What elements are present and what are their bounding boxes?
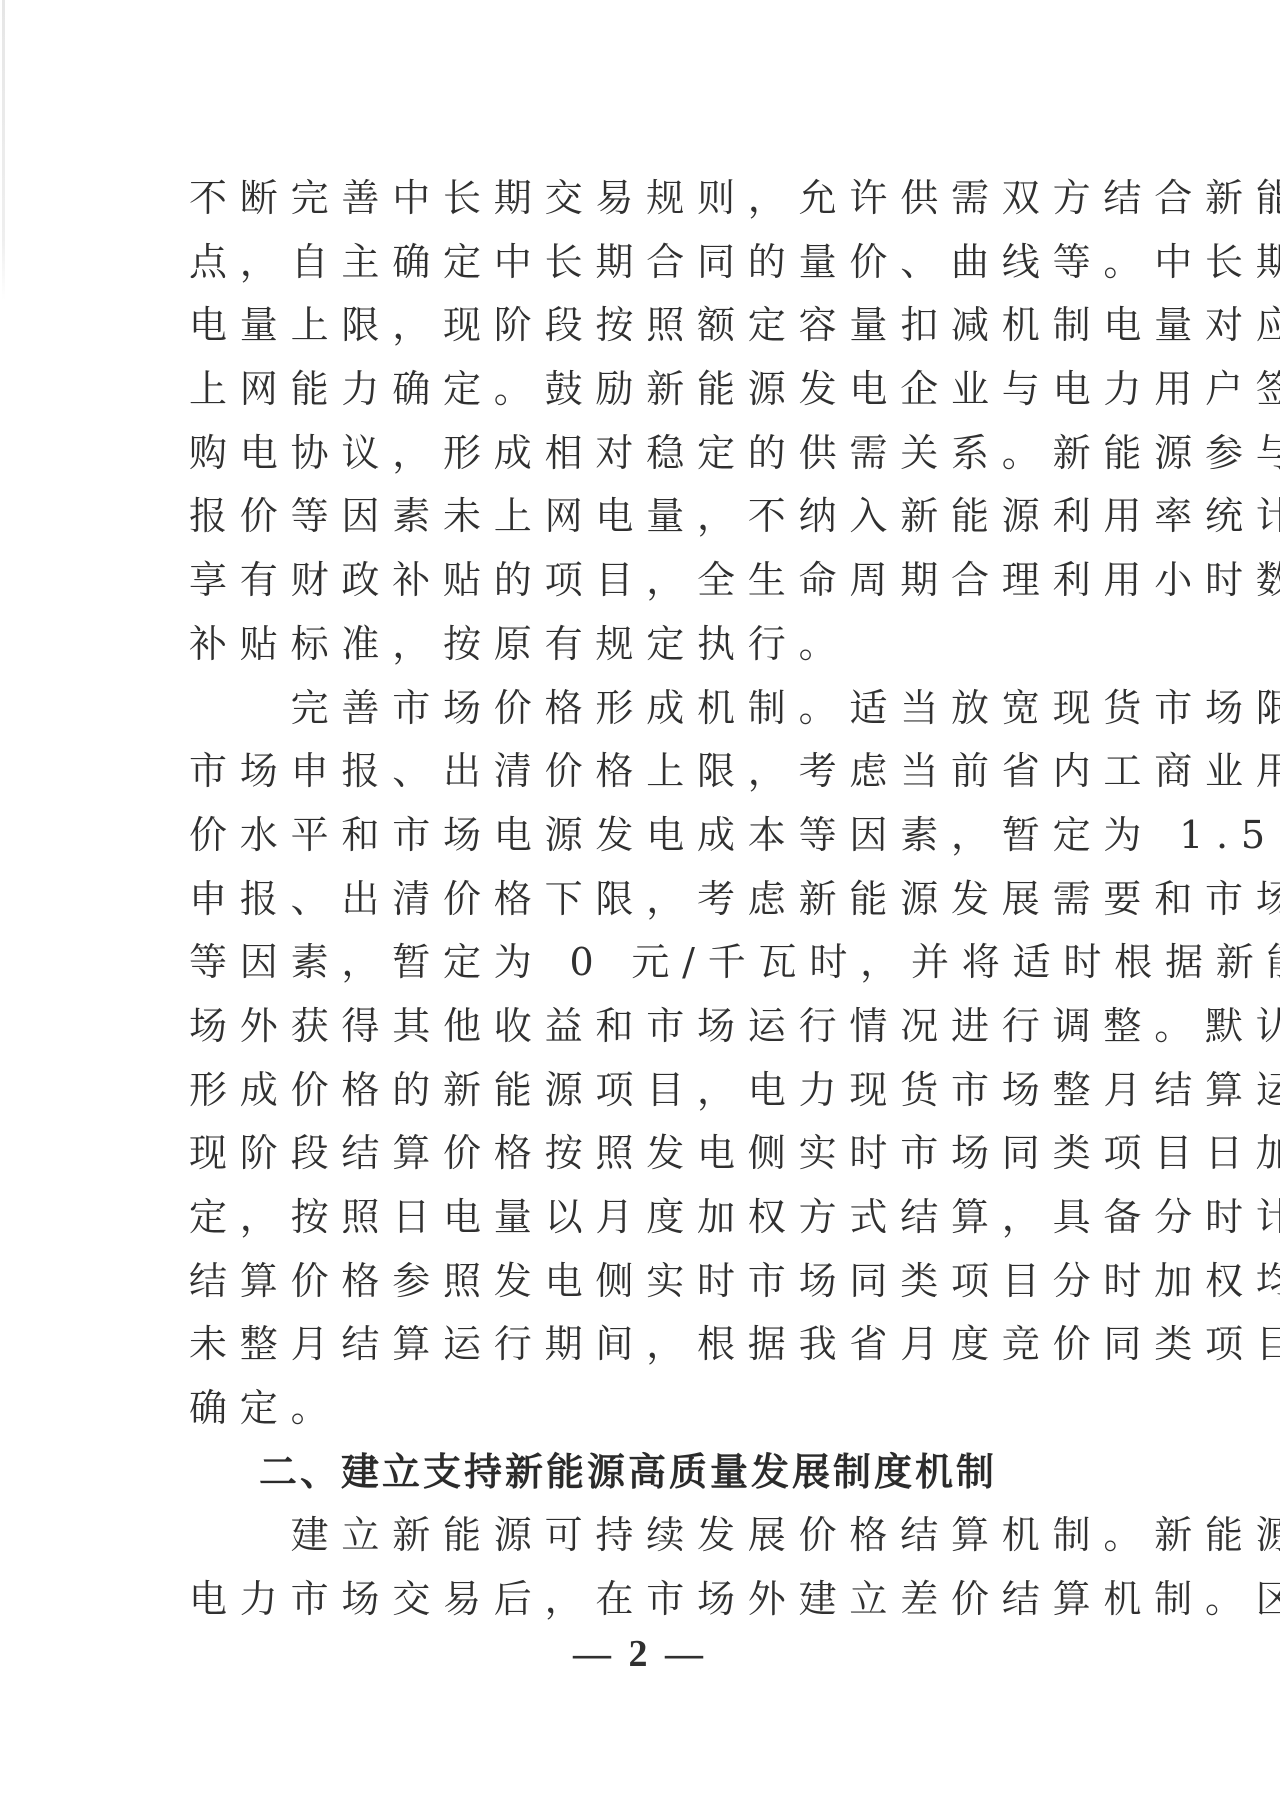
text-line: 现阶段结算价格按照发电侧实时市场同类项目日加权均价确 (189, 1122, 1109, 1186)
paragraph-market-price-mechanism: 完善市场价格形成机制。适当放宽现货市场限价，现货 市场申报、出清价格上限，考虑当… (189, 677, 1109, 1441)
text-line: 结算价格参照发电侧实时市场同类项目分时加权均价确定； (189, 1250, 1109, 1314)
text-line: 确定。 (189, 1377, 1109, 1441)
text-line: 定，按照日电量以月度加权方式结算，具备分时计量条件后， (189, 1186, 1109, 1250)
text-line: 补贴标准，按原有规定执行。 (189, 613, 1109, 677)
text-line: 报价等因素未上网电量，不纳入新能源利用率统计与考核。 (189, 485, 1109, 549)
text-line: 电力市场交易后，在市场外建立差价结算机制。区分存量项 (189, 1568, 1109, 1632)
text-line: 点，自主确定中长期合同的量价、曲线等。中长期交易申报 (189, 231, 1109, 295)
text-line: 未整月结算运行期间，根据我省月度竞价同类项目加权均价 (189, 1313, 1109, 1377)
paragraph-continuation: 不断完善中长期交易规则，允许供需双方结合新能源出力特 点，自主确定中长期合同的量… (189, 167, 1109, 677)
document-page-body: 不断完善中长期交易规则，允许供需双方结合新能源出力特 点，自主确定中长期合同的量… (189, 167, 1109, 1632)
text-line: 市场申报、出清价格上限，考虑当前省内工商业用户尖峰电 (189, 740, 1109, 804)
text-line: 申报、出清价格下限，考虑新能源发展需要和市场建设实际 (189, 868, 1109, 932)
text-line: 形成价格的新能源项目，电力现货市场整月结算运行期间， (189, 1059, 1109, 1123)
section-heading: 二、建立支持新能源高质量发展制度机制 (189, 1441, 1109, 1505)
text-line: 不断完善中长期交易规则，允许供需双方结合新能源出力特 (189, 167, 1109, 231)
text-line: 等因素，暂定为 0 元/千瓦时，并将适时根据新能源在电力市 (189, 931, 1109, 995)
text-line: 享有财政补贴的项目，全生命周期合理利用小时数内的财政 (189, 549, 1109, 613)
text-line: 购电协议，形成相对稳定的供需关系。新能源参与市场后因 (189, 422, 1109, 486)
section-heading-text: 二、建立支持新能源高质量发展制度机制 (189, 1441, 1109, 1505)
text-line-first: 建立新能源可持续发展价格结算机制。新能源项目参与 (189, 1504, 1109, 1568)
text-line-first: 完善市场价格形成机制。适当放宽现货市场限价，现货 (189, 677, 1109, 741)
page-number: — 2 — (0, 1632, 1280, 1676)
text-line: 价水平和市场电源发电成本等因素，暂定为 1.5 元/千瓦时， (189, 804, 1109, 868)
scan-edge-artifact (2, 0, 5, 300)
paragraph-settlement-mechanism: 建立新能源可持续发展价格结算机制。新能源项目参与 电力市场交易后，在市场外建立差… (189, 1504, 1109, 1631)
text-line: 场外获得其他收益和市场运行情况进行调整。默认接受市场 (189, 995, 1109, 1059)
text-line: 上网能力确定。鼓励新能源发电企业与电力用户签订多年期 (189, 358, 1109, 422)
text-line: 电量上限，现阶段按照额定容量扣减机制电量对应容量后的 (189, 294, 1109, 358)
